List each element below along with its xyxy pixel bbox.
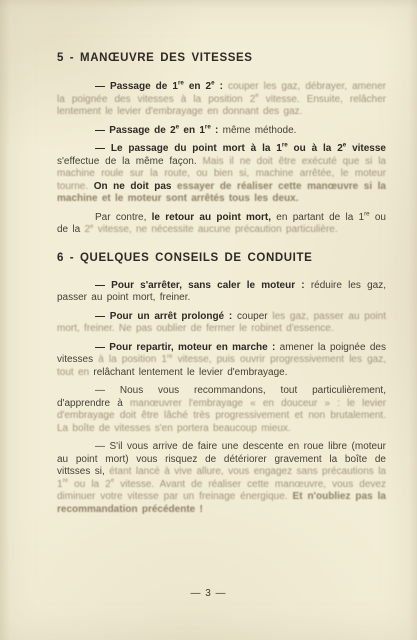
section-heading: 5 - MANŒUVRE DES VITESSES [57,52,386,64]
text-segment: — Passage de 2 [95,125,176,136]
paragraph: — Pour repartir, moteur en marche : amen… [57,342,386,380]
paragraph: — Nous vous recommandons, tout particuli… [57,385,386,435]
text-segment: le retour au point mort, [152,212,271,223]
text-segment: — Passage de 1 [95,81,178,92]
text-segment: Par contre, [95,212,152,223]
paragraph: — S'il vous arrive de faire une descente… [57,441,386,516]
text-segment: vitesse, ne nécessite aucune précaution … [93,224,337,235]
text-segment: s'effectue de la même façon. [57,156,202,167]
text-segment: ou à la 2 [288,143,343,154]
text-segment: en partant de la 1 [271,212,364,223]
text-segment: en 1 [179,125,205,136]
text-segment: On ne doit pas [94,181,177,192]
text-segment: en 2 [184,81,211,92]
section-heading: 6 - QUELQUES CONSEILS DE CONDUITE [57,252,386,264]
text-segment: à la position 1 [98,354,167,365]
text-segment: relâchant lentement le levier d'embrayag… [93,367,287,378]
paragraph: Par contre, le retour au point mort, en … [57,212,386,237]
text-segment: vitesse [346,143,386,154]
text-segment: Ne pas oublier de fermer le robinet d'es… [119,323,334,334]
paragraph: — Pour un arrêt prolongé : couper les ga… [57,311,386,336]
page-number: — 3 — [0,588,417,599]
text-segment: — Pour s'arrêter, sans caler le moteur : [95,280,311,291]
page-content: 5 - MANŒUVRE DES VITESSES— Passage de 1r… [57,52,386,522]
text-segment: : [211,125,223,136]
text-segment: ou la 2 [68,479,111,490]
text-segment: : [215,81,228,92]
text-segment: — Le passage du point mort à la 1 [95,143,282,154]
text-segment: — Pour un arrêt prolongé : [95,311,237,322]
paragraph: — Passage de 1re en 2e : couper les gaz,… [57,81,386,119]
paragraph: — Le passage du point mort à la 1re ou à… [57,143,386,206]
text-segment: couper [237,311,272,322]
paragraph: — Passage de 2e en 1re : même méthode. [57,125,386,138]
text-segment: même méthode. [223,125,297,136]
paragraph: — Pour s'arrêter, sans caler le moteur :… [57,280,386,305]
scanned-page: 5 - MANŒUVRE DES VITESSES— Passage de 1r… [0,0,417,640]
text-segment: — Pour repartir, moteur en marche : [95,342,280,353]
